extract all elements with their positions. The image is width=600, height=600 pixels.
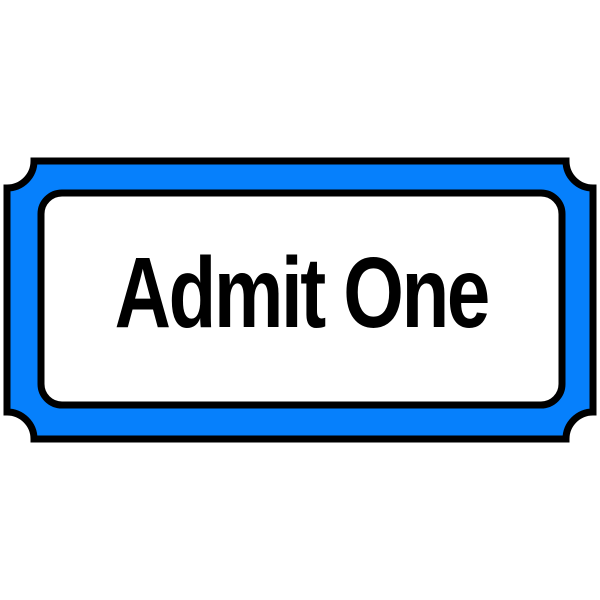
ticket-graphic: Admit One <box>0 0 600 600</box>
ticket-icon <box>0 0 600 600</box>
ticket-inner-panel <box>41 193 562 405</box>
